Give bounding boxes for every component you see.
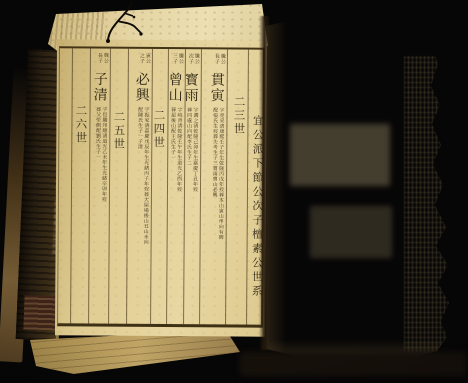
person-name-baoyu: 寳雨: [186, 67, 201, 107]
photo-of-genealogy-book: 宜公派下檀素公房世系譜牒卷之三源流世代相承繩繩繼繼瓜瓞綿綿 宜公派下節公次子檀素…: [0, 0, 468, 383]
person-biography: 字亮采清康熙壬子年生乾隆丙戌年歿葬本山寅山申向有碑 配張氏生歿葬失考生子三寳雨曾…: [202, 107, 224, 318]
parent-annotation: 騰公 次子: [187, 50, 200, 66]
column-generation-24: 二四世: [150, 49, 168, 324]
left-page: 宜公派下節公次子檀素公世系 二三世 騰公 長子 貫寅 字亮采清康熙壬子年生乾隆丙…: [55, 39, 267, 336]
bleed-through-text: [404, 56, 451, 352]
person-biography: 字潤之清乾隆己卯年生嘉慶丁丑年歿 葬同處山向配李氏生子二: [186, 107, 198, 318]
person-biography: 字峙青清乾隆壬午年生道光乙酉年歿 葬屋後山配王氏生子一: [169, 107, 182, 318]
person-name-bixing: 必興: [129, 67, 152, 107]
bleed-through-patch: [310, 206, 392, 258]
column-person-ziqing: 興公 長子 子清 字臣騰印順清道光乙未年生光緒辛卯年歿 葬父塋側配劉氏生子一: [88, 49, 110, 324]
parent-annotation: 寅公 之子: [130, 50, 151, 66]
generation-23-label: 二三世: [227, 95, 247, 136]
right-page-blank: [266, 6, 466, 368]
column-inner-margin: [58, 48, 72, 323]
column-person-baoyu: 騰公 次子 寳雨 字潤之清乾隆己卯年生嘉慶丁丑年歿 葬同處山向配李氏生子二: [183, 49, 201, 324]
bleed-through-patch: [290, 124, 390, 186]
generation-26-label: 二六世: [72, 104, 89, 145]
column-person-zengshan: 騰公 三子 曾山 字峙青清乾隆壬午年生道光乙酉年歿 葬屋後山配王氏生子一: [166, 49, 185, 324]
column-person-guanyin: 騰公 長子 貫寅 字亮采清康熙壬子年生乾隆丙戌年歿葬本山寅山申向有碑 配張氏生歿…: [199, 49, 227, 324]
gutter-shading: [266, 6, 286, 368]
generation-24-label: 二四世: [152, 109, 167, 150]
person-name-zengshan: 曾山: [169, 67, 185, 107]
table-shadow: [240, 352, 466, 376]
generation-25-label: 二五世: [110, 111, 127, 152]
parent-annotation: 騰公 三子: [170, 50, 184, 66]
column-person-bixing: 寅公 之子 必興 字振家清嘉慶戊辰年生光緒丙子年歿葬大屋場後山丑山未向 配陳氏生…: [126, 49, 152, 324]
twig-icon: [92, 0, 164, 52]
page-gutter-shadow: [259, 16, 269, 350]
column-generation-25: 二五世: [108, 49, 128, 324]
person-name-ziqing: 子清: [91, 67, 110, 107]
column-generation-26: 二六世: [70, 48, 90, 323]
parent-annotation: 騰公 長子: [203, 50, 226, 66]
person-name-guanyin: 貫寅: [202, 67, 227, 107]
person-biography: 字臣騰印順清道光乙未年生光緒辛卯年歿 葬父塋側配劉氏生子一: [91, 107, 107, 318]
person-biography: 字振家清嘉慶戊辰年生光緒丙子年歿葬大屋場後山丑山未向 配陳氏生子一子清: [129, 107, 149, 318]
genealogy-grid: 宜公派下節公次子檀素公世系 二三世 騰公 長子 貫寅 字亮采清康熙壬子年生乾隆丙…: [57, 46, 265, 327]
column-generation-23: 二三世: [225, 49, 248, 324]
